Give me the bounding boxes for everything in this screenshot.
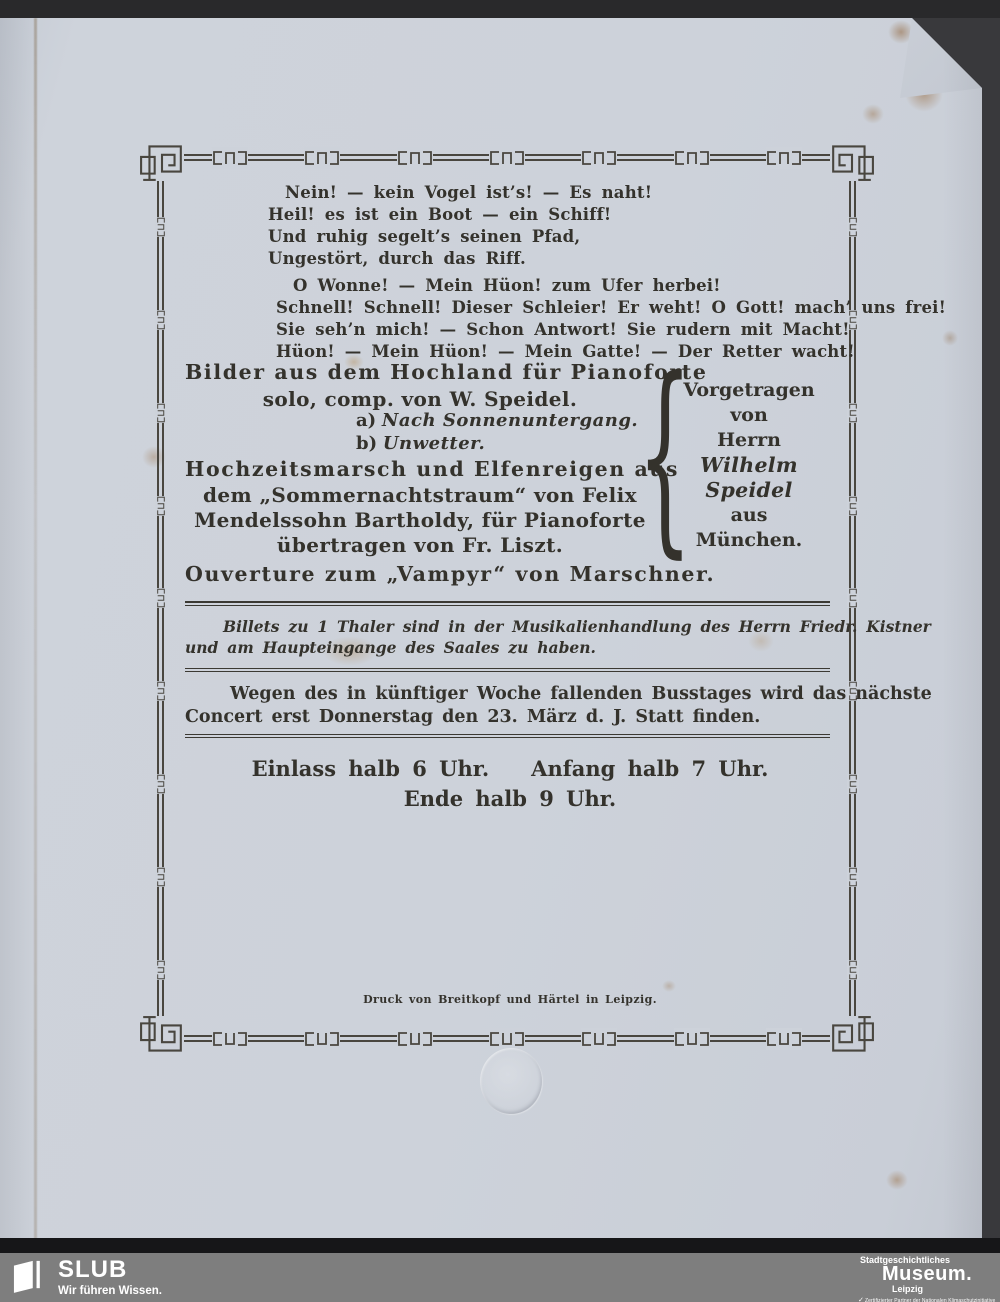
museum-line2: Museum.: [856, 1265, 994, 1284]
performer-line: von: [660, 403, 838, 428]
poem-line: Heil! es ist ein Boot — ein Schiff!: [268, 204, 652, 226]
meander-ornament-icon: [150, 216, 172, 238]
billets-line1: Billets zu 1 Thaler sind in der Musikali…: [185, 616, 931, 637]
slub-name: SLUB: [58, 1257, 162, 1283]
scan-viewport: Nein! — kein Vogel ist’s! — Es naht! Hei…: [0, 0, 1000, 1302]
ende-time: Ende halb 9 Uhr.: [404, 786, 616, 811]
meander-ornament-icon: [842, 495, 864, 517]
poem-stanza-2: O Wonne! — Mein Hüon! zum Ufer herbei! S…: [276, 275, 946, 363]
poem-line: Nein! — kein Vogel ist’s! — Es naht!: [268, 182, 652, 204]
book-icon: [13, 1257, 45, 1293]
meander-ornament-icon: [842, 959, 864, 981]
times-line1: Einlass halb 6 Uhr.Anfang halb 7 Uhr.: [185, 756, 835, 781]
work2-title-line2: dem „Sommernachtstraum“ von Felix: [185, 483, 655, 507]
performer-line: Herrn: [660, 428, 838, 453]
corner-knot-icon: [829, 1015, 875, 1061]
corner-knot-icon: [829, 136, 875, 182]
performer-name: Wilhelm Speidel: [660, 453, 838, 503]
work3-title: Ouverture zum „Vampyr“ von Marschner.: [185, 562, 715, 586]
meander-ornament-icon: [672, 147, 712, 169]
stain: [862, 104, 884, 124]
rule-divider: [185, 734, 830, 738]
poem-stanza-1: Nein! — kein Vogel ist’s! — Es naht! Hei…: [268, 182, 652, 270]
performer-line: aus: [660, 503, 838, 528]
footer-branding-bar: SLUB Wir führen Wissen. Stadtgeschichtli…: [0, 1253, 1000, 1302]
rule-divider: [185, 668, 830, 672]
meander-ornament-icon: [487, 147, 527, 169]
work2-title-line3: Mendelssohn Bartholdy, für Pianoforte: [185, 508, 655, 532]
meander-ornament-icon: [150, 866, 172, 888]
meander-ornament-icon: [150, 402, 172, 424]
meander-ornament-icon: [672, 1028, 712, 1050]
meander-ornament-icon: [150, 959, 172, 981]
postpone-line1: Wegen des in künftiger Woche fallenden B…: [185, 683, 932, 706]
meander-ornament-icon: [579, 1028, 619, 1050]
work2-title-line1: Hochzeitsmarsch und Elfenreigen aus: [185, 457, 679, 481]
work1-title-line2: solo, comp. von W. Speidel.: [185, 387, 655, 411]
poem-line: Und ruhig segelt’s seinen Pfad,: [268, 226, 652, 248]
meander-ornament-icon: [150, 587, 172, 609]
postpone-line2: Concert erst Donnerstag den 23. März d. …: [185, 706, 932, 729]
work1-title-line1: Bilder aus dem Hochland für Pianoforte: [185, 360, 708, 384]
performer-line: München.: [660, 528, 838, 553]
meander-ornament-icon: [842, 866, 864, 888]
billets-notice: Billets zu 1 Thaler sind in der Musikali…: [185, 616, 931, 658]
rule-divider: [185, 601, 830, 606]
checkmark-icon: ✓: [858, 1297, 864, 1302]
poem-line: Sie seh’n mich! — Schon Antwort! Sie rud…: [276, 319, 946, 341]
work1-item-b: b) Unwetter.: [356, 433, 485, 454]
times-line2: Ende halb 9 Uhr.: [185, 786, 835, 811]
corner-knot-icon: [139, 1015, 185, 1061]
border-left: [148, 181, 174, 1016]
museum-line3: Leipzig: [856, 1284, 994, 1294]
meander-ornament-icon: [842, 216, 864, 238]
anfang-time: Anfang halb 7 Uhr.: [531, 756, 768, 781]
fold-crease: [34, 18, 37, 1240]
museum-logo: Stadtgeschichtliches Museum. Leipzig ✓Ze…: [856, 1255, 994, 1302]
meander-ornament-icon: [302, 1028, 342, 1050]
meander-ornament-icon: [579, 147, 619, 169]
certification-text: Zertifizierter Partner der Nationalen Kl…: [865, 1298, 995, 1302]
slub-wordmark: SLUB Wir führen Wissen.: [58, 1257, 162, 1297]
meander-ornament-icon: [150, 495, 172, 517]
meander-ornament-icon: [150, 680, 172, 702]
slub-logo: SLUB Wir führen Wissen.: [13, 1257, 162, 1297]
border-top: [184, 145, 830, 171]
meander-ornament-icon: [150, 309, 172, 331]
embossed-seal: [480, 1048, 542, 1114]
poem-line: Ungestört, durch das Riff.: [268, 248, 652, 270]
performer-line: Vorgetragen: [660, 378, 838, 403]
meander-ornament-icon: [764, 1028, 804, 1050]
performer-block: Vorgetragen von Herrn Wilhelm Speidel au…: [660, 378, 838, 553]
item-label: b): [356, 433, 377, 454]
meander-ornament-icon: [842, 773, 864, 795]
meander-ornament-icon: [487, 1028, 527, 1050]
meander-ornament-icon: [150, 773, 172, 795]
meander-ornament-icon: [210, 1028, 250, 1050]
item-title: Unwetter.: [383, 433, 485, 454]
poem-line: O Wonne! — Mein Hüon! zum Ufer herbei!: [276, 275, 946, 297]
footer-black-strip: [0, 1238, 1000, 1253]
meander-ornament-icon: [842, 402, 864, 424]
work1-item-a: a) Nach Sonnenuntergang.: [356, 410, 638, 431]
folded-corner: [0, 18, 982, 108]
meander-ornament-icon: [302, 147, 342, 169]
work2-title-line4: übertragen von Fr. Liszt.: [185, 533, 655, 557]
poem-line: Schnell! Schnell! Dieser Schleier! Er we…: [276, 297, 946, 319]
slub-tagline: Wir führen Wissen.: [58, 1285, 162, 1297]
item-title: Nach Sonnenuntergang.: [382, 410, 638, 431]
billets-line2: und am Haupteingange des Saales zu haben…: [185, 637, 931, 658]
corner-knot-icon: [139, 136, 185, 182]
meander-ornament-icon: [764, 147, 804, 169]
meander-ornament-icon: [395, 147, 435, 169]
stain: [886, 1170, 908, 1190]
item-label: a): [356, 410, 376, 431]
einlass-time: Einlass halb 6 Uhr.: [252, 756, 490, 781]
meander-ornament-icon: [842, 587, 864, 609]
meander-ornament-icon: [210, 147, 250, 169]
postponement-notice: Wegen des in künftiger Woche fallenden B…: [185, 683, 932, 729]
museum-certification: ✓Zertifizierter Partner der Nationalen K…: [856, 1296, 994, 1302]
meander-ornament-icon: [395, 1028, 435, 1050]
printer-imprint: Druck von Breitkopf und Härtel in Leipzi…: [185, 993, 835, 1006]
